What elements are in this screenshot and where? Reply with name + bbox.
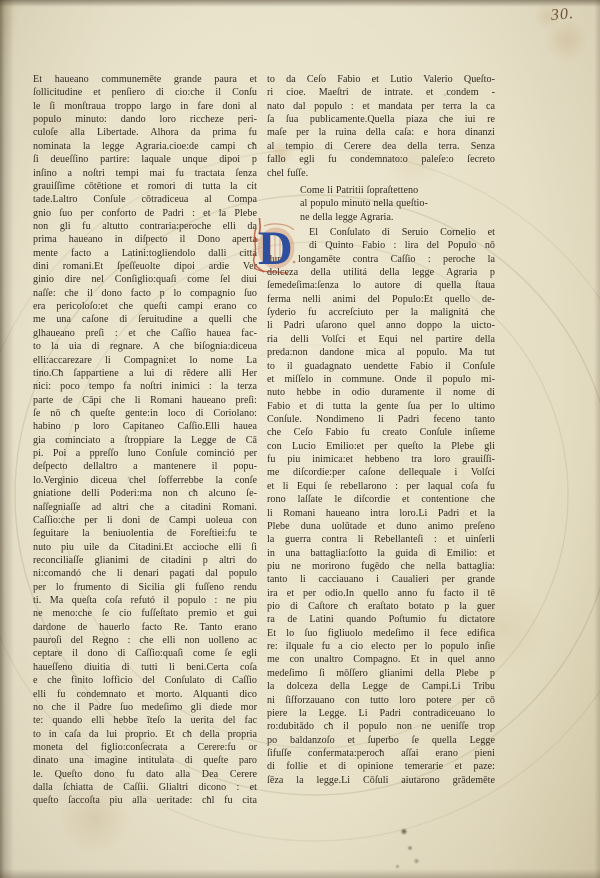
ink-smudge xyxy=(395,864,400,869)
text-line: ſeguitare la beniuolentia de Foreſtiei:f… xyxy=(33,527,257,540)
ink-smudge xyxy=(400,828,408,835)
text-line: et miſſelo in commune. Onde il populo mi… xyxy=(267,373,495,386)
text-line: naſſe: che il dono facto p lo compagnio … xyxy=(33,287,257,300)
text-line: ſa ſua publicamente.Quella piaza che iui… xyxy=(267,113,495,126)
text-line: culoſe alla Libertade. Alhora da prima f… xyxy=(33,126,257,139)
text-line: chel fuſſe. xyxy=(267,167,495,180)
text-line: ti. Ma queſta coſa refutó il populo : ne… xyxy=(33,594,257,607)
text-line: nuto hebbe in odio duramente il nome di xyxy=(267,386,495,399)
text-line: me diſcordie:per caſone dellequale i Vol… xyxy=(267,466,495,479)
ink-smudge xyxy=(407,845,413,851)
text-line: nici: poco tempo fa noſtri inimici : la … xyxy=(33,380,257,393)
text-line: naſſegniaſſe ad altri che a citadini Rom… xyxy=(33,501,257,514)
text-line: et li Equi ſe rebellarono : per laqual c… xyxy=(267,480,495,493)
text-line: re: ilquale fu a cio electo per lo popul… xyxy=(267,640,495,653)
text-line: pi. Poi a ppreſſo luno Conſule cominció … xyxy=(33,447,257,460)
text-line: dardone de hauerlo facto Re. Tanto erano xyxy=(33,621,257,634)
text-line: elli:accarezare li Compagni:et lo nome L… xyxy=(33,354,257,367)
illuminated-initial-d: D xyxy=(250,218,302,278)
text-line: nominata la legge Agraria.cioe:de campi … xyxy=(33,140,257,153)
text-line: piu ne morirono fugēdo che nella battagl… xyxy=(267,560,495,573)
text-line: ſemedeſima:ſenza lo autore di quella ſta… xyxy=(267,279,495,292)
text-line: inſino a noſtri tempi mai fu tractata ſe… xyxy=(33,167,257,180)
text-line: parte de Cāpi che li Romani haueano preſ… xyxy=(33,394,257,407)
text-line: pio di Caſtore cħ eraſtato botato p la g… xyxy=(267,600,495,613)
text-line: to il guadagnato uendette Fabio il Conſu… xyxy=(267,360,495,373)
text-line: ni:comandó che li denari pagati dal popu… xyxy=(33,567,257,580)
text-line: gia cominciato a ſtroppiare la Legge de … xyxy=(33,434,257,447)
text-line: con Lucio Emilio:et per queſto la Plebe … xyxy=(267,440,495,453)
text-line: ri cioe. Maeſtri de intrate. et condem - xyxy=(267,86,495,99)
text-line: rono laſſate le diſcordie et contentione… xyxy=(267,493,495,506)
text-line: le ſi monſtraua troppo largo in fare don… xyxy=(33,100,257,113)
text-line: moneta del figlio:conſecrata a Cerere:fu… xyxy=(33,741,257,754)
text-line: ginio dire nel Conſiglio:quaſi come ſel … xyxy=(33,273,257,286)
book-page: 30. Et haueano communemēte grande paura … xyxy=(0,0,600,878)
text-line: al populo minuto nella queſtio- xyxy=(267,197,495,210)
text-line: era pericoloſo:et che queſti campi erano… xyxy=(33,300,257,313)
text-line: dalla ſchiatta de Caſſii. Glialtri dicon… xyxy=(33,781,257,794)
text-line: no che il Padre ſuo medeſimo gli diede m… xyxy=(33,701,257,714)
text-line: lo.Verginio diceua chel ſofferrebbe la c… xyxy=(33,474,257,487)
text-line: ſifuſſe confermata:perocħ aſſai erano pi… xyxy=(267,747,495,760)
text-line: ira et per odio.In quello anno fu facto … xyxy=(267,587,495,600)
text-line: ro:dubitādo cħ il populo non ne ueniſſe … xyxy=(267,720,495,733)
text-line: ra de Latini quando Poſtumio fu dictator… xyxy=(267,613,495,626)
text-line: haueſſeno diuitia di tutti li beni.Certa… xyxy=(33,661,257,674)
text-line: ceptare il dono di Caſſio:quaſi come ſe … xyxy=(33,647,257,660)
text-line: e che finito lofficio del Conſulato di C… xyxy=(33,674,257,687)
text-line: queſto ſaccoſta piu alla ueritade: cħl f… xyxy=(33,794,257,807)
page-edge-top xyxy=(0,0,600,7)
text-line: ria delli Volſci et Equi nel partire del… xyxy=(267,333,495,346)
text-line: Come li Patritii ſopraſtetteno xyxy=(267,184,495,197)
text-line: ſe nō cħ queſte gente:in loco di Coriola… xyxy=(33,407,257,420)
text-line: populo minuto: dando loro riccheze peri- xyxy=(33,113,257,126)
text-line: habino p loro Capitaneo Caſſio.Elli haue… xyxy=(33,420,257,433)
text-line: ne meno:che ſe cio fuſſeſtato premio et … xyxy=(33,607,257,620)
text-line: le. Queſto dono fu dato alla Dea Cerere xyxy=(33,768,257,781)
page-edge-right xyxy=(594,0,600,878)
text-line: preda:non dandone mica al populo. Ma tut xyxy=(267,346,495,359)
text-line: po baldanzoſo et ſuperbo ſe quella Legge xyxy=(267,734,495,747)
text-line: ſyderio fu accreſciuto per la malignitá … xyxy=(267,306,495,319)
text-line: che Ceſo Fabio fu creato Conſule inſieme xyxy=(267,426,495,439)
text-line: gniatione delli Poderi:ma non cħ alcuno … xyxy=(33,487,257,500)
text-line: Et lo ſuo figliuolo medeſimo il fece edi… xyxy=(267,627,495,640)
text-line: ni ſiſforzauano con tutto loro potere pe… xyxy=(267,694,495,707)
text-line: Caſſio:che per li doni de Campi uoleua c… xyxy=(33,514,257,527)
text-line: medeſimo ſi mōſſero glianimi della Plebe… xyxy=(267,667,495,680)
text-line: dinato una imagine intitulata di queſte … xyxy=(33,754,257,767)
text-line: dini romani.Et ſpeſſeuolte dipoi ardie V… xyxy=(33,260,257,273)
text-line: ſollicitudine et penſiero di cio:che il … xyxy=(33,86,257,99)
text-line: to da Ceſo Fabio et Lutio Valerio Queſto… xyxy=(267,73,495,86)
text-line: gnio ſuo per conforto de Padri : et la P… xyxy=(33,207,257,220)
text-line: Et haueano communemēte grande paura et xyxy=(33,73,257,86)
text-line: per lo frumento di Sicilia gli fuſſeno r… xyxy=(33,581,257,594)
right-column: to da Ceſo Fabio et Lutio Valerio Queſto… xyxy=(267,73,495,787)
text-line: to in caſa da lui proprio. Et cħ della p… xyxy=(33,728,257,741)
chapter-closing-paragraph: to da Ceſo Fabio et Lutio Valerio Queſto… xyxy=(267,73,495,180)
page-edge-left xyxy=(0,0,14,878)
text-line: grauiſſime cōtētione et romori di tutta … xyxy=(33,180,257,193)
text-line: la guerra contra li Rebellanteſi : et ui… xyxy=(267,533,495,546)
text-line: fu piu inimica:et hebbeno tra loro graui… xyxy=(267,453,495,466)
text-line: nuto piu uile da Citadini.Et accioche el… xyxy=(33,541,257,554)
text-line: maſe per la ruina della caſa: e hora din… xyxy=(267,126,495,139)
chapter-paragraph: D El Conſulato di Seruio Cornelio etdi Q… xyxy=(267,226,495,787)
text-line: li Padri uſarono quel anno doppo la uict… xyxy=(267,319,495,332)
text-line: mente facto a Latini:togliendolo dalli c… xyxy=(33,247,257,260)
text-line: me una caſone di ſeruitudine a quelli ch… xyxy=(33,313,257,326)
text-line: prima haueano in diſpecto il Dono aperta xyxy=(33,233,257,246)
text-line: Conſule. Nondimeno li Padri feceno tanto xyxy=(267,413,495,426)
text-line: tanto li cacciauano i Caualieri per gran… xyxy=(267,573,495,586)
page-edge-bottom xyxy=(0,869,600,878)
text-line: elli fu condemnato et morto. Alquanti di… xyxy=(33,688,257,701)
text-line: nato dal populo : et mandata per terra l… xyxy=(267,100,495,113)
text-line: to la uia di regnare. A che biſognia:dic… xyxy=(33,340,257,353)
folio-number: 30. xyxy=(550,3,597,25)
text-line: pauroſi del Regno : che elli non uolleno… xyxy=(33,634,257,647)
text-line: di follie et di opinione temerarie et pa… xyxy=(267,760,495,773)
text-line: non gli fu altutto contraria:peroche ell… xyxy=(33,220,257,233)
text-line: ferma nelli animi del Populo:Et quello d… xyxy=(267,293,495,306)
text-line: li Romani haueano intra loro.Li Padri et… xyxy=(267,507,495,520)
text-line: in una battaglia:ſotto la guida di Emili… xyxy=(267,547,495,560)
text-line: reconciliaſſe glianimi de citadini p alt… xyxy=(33,554,257,567)
text-line: tino.Cħ ſappartiene a lui di rēdere alli… xyxy=(33,367,257,380)
text-line: piere la Legge. Li Padri contradiceuano … xyxy=(267,707,495,720)
text-line: glhaueano preſi : et che Caſſio hauea fa… xyxy=(33,327,257,340)
text-line: ſi deueſſino partire: laquale unque dipo… xyxy=(33,153,257,166)
text-line: deſpecto dellaltro a mantenere il popu- xyxy=(33,460,257,473)
text-line: al tempio di Cerere dea della terra. Sen… xyxy=(267,140,495,153)
text-line: ſēza la legge.Li Cōſuli aiutarono grādem… xyxy=(267,774,495,787)
ink-smudge xyxy=(413,858,420,864)
left-column: Et haueano communemēte grande paura etſo… xyxy=(33,73,257,808)
text-line: Fabio et di tutta la gente ſua per lo ul… xyxy=(267,400,495,413)
text-line: la dolceza della Legge de Campi.Li Tribu xyxy=(267,680,495,693)
text-line: Plebe duna uolūtade et duno animo preſen… xyxy=(267,520,495,533)
text-line: fallo egli fu condemnato:o paleſe:o ſecr… xyxy=(267,153,495,166)
text-line: te: quando elli hebbe īteſo la uerita de… xyxy=(33,714,257,727)
text-line: me con unaltro Compagno. Et in quel anno xyxy=(267,653,495,666)
text-line: tade.Laltro Conſule cōtradiceua al Compa xyxy=(33,193,257,206)
